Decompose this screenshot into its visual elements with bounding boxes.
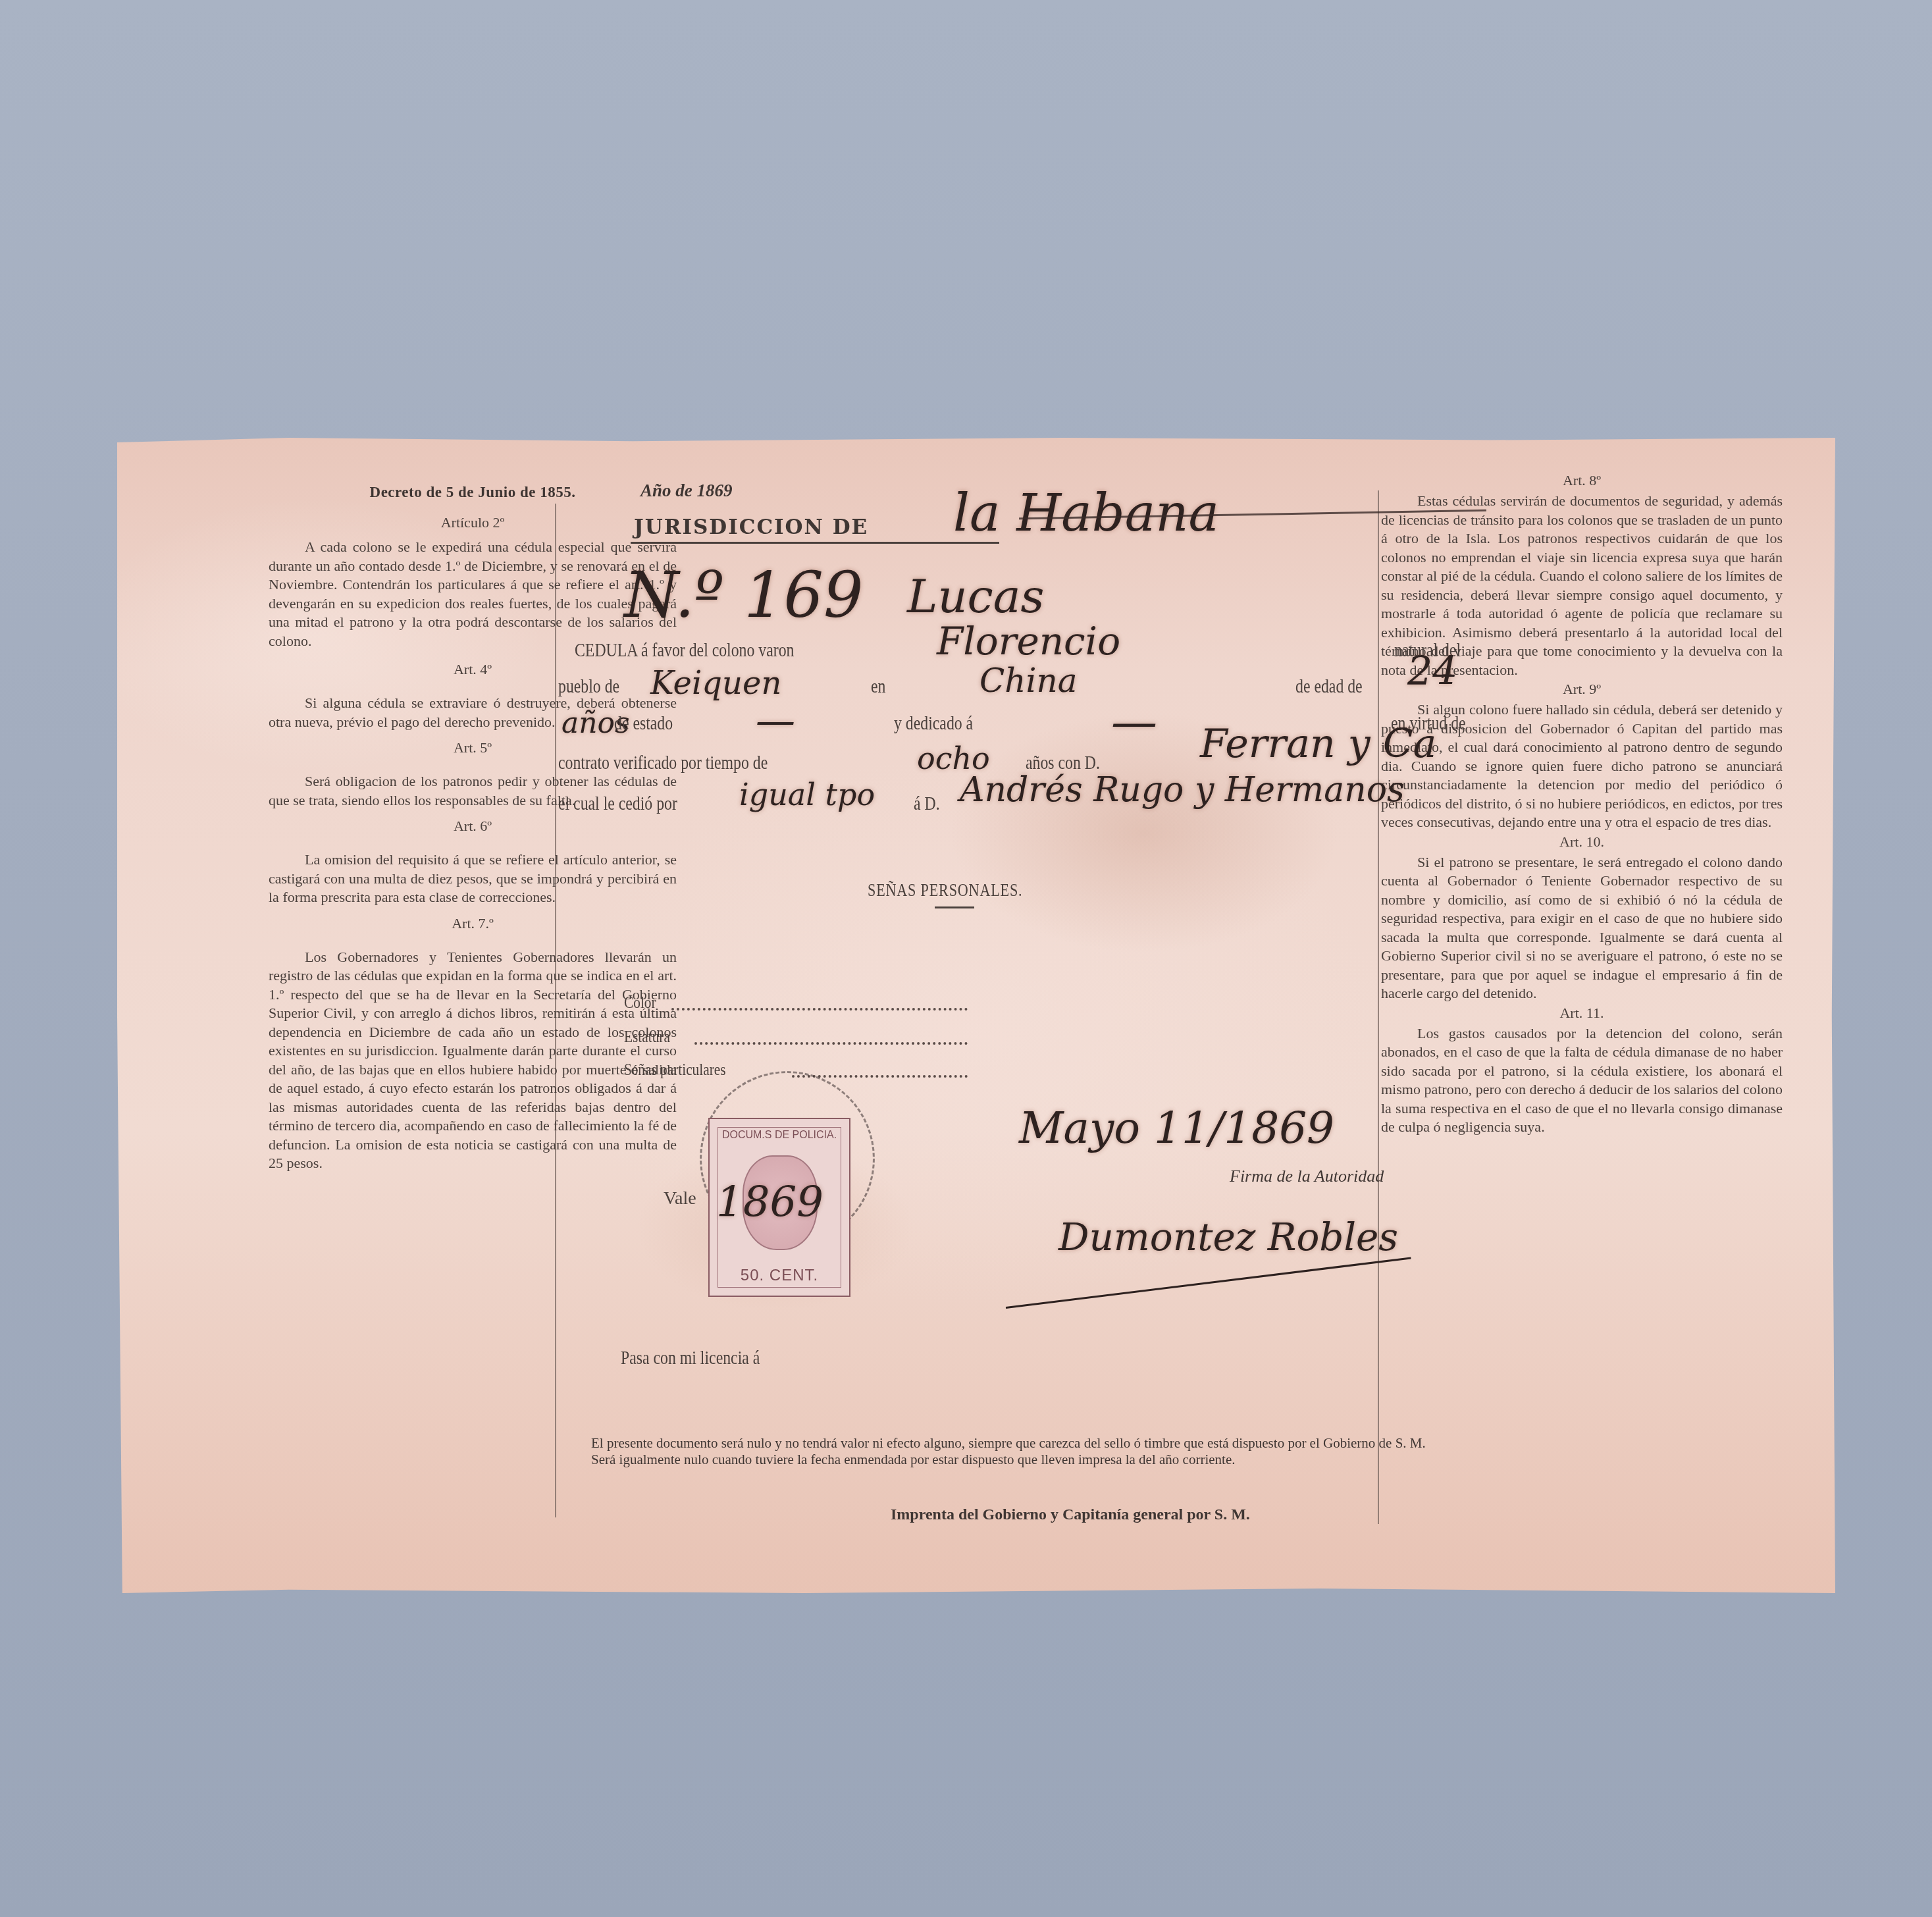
date-handwritten: Mayo 11/1869 [1019, 1103, 1334, 1153]
field-color-input[interactable] [671, 1008, 968, 1011]
footer-notes: El presente documento será nulo y no ten… [565, 1435, 1480, 1468]
colono-chinese-name-handwritten: Lucas [907, 569, 1044, 623]
field-color-label: Color [624, 993, 656, 1012]
field-estatura-input[interactable] [694, 1042, 968, 1045]
personal-marks-heading: SEÑAS PERSONALES. [868, 880, 1022, 901]
heading-rule [935, 906, 974, 908]
dedicado-label: y dedicado á [894, 713, 973, 735]
number-handwritten: N.º 169 [624, 560, 863, 632]
authority-signature: Dumontez Robles [1058, 1215, 1398, 1259]
printer-credit: Imprenta del Gobierno y Capitanía genera… [891, 1506, 1250, 1524]
jurisdiction-handwritten: la Habana [953, 484, 1219, 543]
field-marks-label: Señas particulares [624, 1060, 726, 1080]
pueblo-label: pueblo de [558, 676, 619, 698]
jurisdiction-label: JURISDICCION DE [634, 515, 868, 539]
document-paper: Decreto de 5 de Junio de 1855. Artículo … [117, 438, 1835, 1593]
center-form: Año de 1869 JURISDICCION DE la Habana N.… [558, 438, 1486, 1593]
cedio-label: el cual le cedió por [558, 793, 677, 815]
vale-label: Vale [664, 1188, 696, 1209]
cedula-line: CEDULA á favor del colono varon [575, 640, 794, 662]
contractor-handwritten: Ferran y Ca [1200, 721, 1436, 767]
pass-license-label: Pasa con mi licencia á [621, 1348, 760, 1369]
en-label: en [871, 676, 885, 698]
colono-name-handwritten: Florencio [937, 619, 1120, 664]
footer-note-1: El presente documento será nulo y no ten… [565, 1435, 1480, 1452]
number-value: 169 [744, 560, 863, 632]
footer-note-2: Será igualmente nulo cuando tuviere la f… [565, 1452, 1480, 1468]
signature-underline [1006, 1257, 1411, 1309]
country-handwritten: China [979, 662, 1077, 700]
stamp-title: DOCUM.S DE POLICIA. [710, 1130, 849, 1142]
age-handwritten: 24 [1407, 648, 1457, 695]
stamp-denomination: 50. CENT. [710, 1267, 849, 1285]
field-estatura-label: Estatura [624, 1027, 670, 1047]
number-label: N.º [624, 560, 724, 632]
pueblo-handwritten: Keiquen [650, 665, 781, 702]
contrato-label: contrato verificado por tiempo de [558, 752, 768, 774]
cedido-handwritten: igual tpo [739, 777, 875, 812]
a-don-label: á D. [914, 793, 940, 815]
estado-label: de estado [614, 713, 673, 735]
signature-caption: Firma de la Autoridad [1230, 1167, 1384, 1186]
edad-label: de edad de [1295, 676, 1363, 698]
stamp-cancel-handwritten: 1869 [716, 1178, 823, 1227]
dedicado-handwritten: — [1111, 695, 1157, 748]
year-label: Año de 1869 [640, 481, 733, 501]
estado-handwritten: — [756, 698, 795, 744]
assignee-handwritten: Andrés Rugo y Hermanos [960, 770, 1405, 810]
jurisdiction-underline [631, 542, 999, 544]
police-revenue-stamp: DOCUM.S DE POLICIA. 50. CENT. 1869 [708, 1118, 850, 1297]
